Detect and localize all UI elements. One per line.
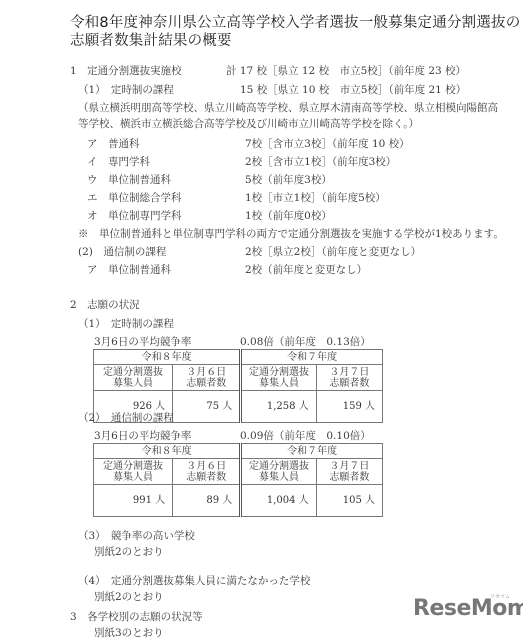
table-cell: 991 人 bbox=[94, 485, 173, 517]
course-item-label: オ 単位制専門学科 bbox=[87, 208, 182, 223]
section1-remark: ※ 単位制普通科と単位制専門学科の両方で定通分割選抜を実施する学校が1校あります… bbox=[78, 226, 504, 241]
course-item-value: 2校［含市立1校］（前年度3校） bbox=[245, 154, 396, 169]
column-header: 定通分割選抜募集人員 bbox=[94, 459, 173, 485]
section2-sub3-ref: 別紙2のとおり bbox=[94, 544, 164, 559]
year-header: 令和８年度 bbox=[94, 350, 241, 365]
section2-sub1-rate-label: 3月6日の平均競争率 bbox=[94, 334, 191, 349]
section3-ref: 別紙3のとおり bbox=[94, 625, 164, 640]
section2-heading: 2 志願の状況 bbox=[70, 297, 140, 312]
section1-sub1-note-line2: 等学校、横浜市立横浜総合高等学校及び川崎市立川崎高等学校を除く。） bbox=[78, 116, 419, 131]
section2-sub3-label: （3） 競争率の高い学校 bbox=[78, 528, 195, 543]
year-header: 令和７年度 bbox=[241, 444, 383, 459]
year-header: 令和７年度 bbox=[241, 350, 383, 365]
table-cell: 1,004 人 bbox=[241, 485, 316, 517]
section3-heading: 3 各学校別の志願の状況等 bbox=[70, 609, 203, 624]
column-header: 定通分割選抜募集人員 bbox=[241, 365, 316, 391]
course-item-label: ア 単位制普通科 bbox=[87, 262, 171, 277]
table-cell: 75 人 bbox=[173, 391, 241, 423]
table-cell: 159 人 bbox=[316, 391, 382, 423]
course-item-label: ウ 単位制普通科 bbox=[87, 172, 171, 187]
table-cell: 105 人 bbox=[316, 485, 382, 517]
column-header: ３月６日志願者数 bbox=[173, 365, 241, 391]
column-header: ３月６日志願者数 bbox=[173, 459, 241, 485]
section1-sub2-label: (2) 通信制の課程 bbox=[78, 244, 166, 259]
section1-sub1-note-line1: （県立横浜明朋高等学校、県立川崎高等学校、県立厚木清南高等学校、県立相模向陽館高 bbox=[78, 100, 498, 115]
resemom-logo-sub: リセマム bbox=[490, 593, 510, 600]
section1-sub2-value: 2校［県立2校］（前年度と変更なし） bbox=[245, 244, 421, 259]
column-header: ３月７日志願者数 bbox=[316, 365, 382, 391]
table-cell: 1,258 人 bbox=[241, 391, 316, 423]
course-item-value: 1校（前年度0校） bbox=[245, 208, 332, 223]
column-header: 定通分割選抜募集人員 bbox=[241, 459, 316, 485]
document-title-line2: 志願者数集計結果の概要 bbox=[70, 29, 232, 50]
section2-sub1-label: （1） 定時制の課程 bbox=[78, 316, 174, 331]
table-cell: 89 人 bbox=[173, 485, 241, 517]
section1-sub1-value: 15 校［県立 10 校 市立5校］（前年度 21 校） bbox=[240, 82, 466, 97]
section2-sub2-rate-value: 0.09倍（前年度 0.10倍） bbox=[240, 428, 371, 443]
section2-sub1-rate-value: 0.08倍（前年度 0.13倍） bbox=[240, 334, 371, 349]
year-header: 令和８年度 bbox=[94, 444, 241, 459]
section2-sub2-label: （2） 通信制の課程 bbox=[78, 410, 174, 425]
course-item-value: 1校［市立1校］（前年度5校） bbox=[245, 190, 386, 205]
course-item-value: 2校（前年度と変更なし） bbox=[245, 262, 367, 277]
course-item-label: イ 専門学科 bbox=[87, 154, 150, 169]
section2-sub4-label: （4） 定通分割選抜募集人員に満たなかった学校 bbox=[78, 573, 310, 588]
course-item-value: 7校［含市立3校］（前年度 10 校） bbox=[245, 136, 410, 151]
applicants-table-correspondence: 令和８年度 令和７年度 定通分割選抜募集人員 ３月６日志願者数 定通分割選抜募集… bbox=[93, 443, 383, 517]
course-item-value: 5校（前年度3校） bbox=[245, 172, 332, 187]
section2-sub2-rate-label: 3月6日の平均競争率 bbox=[94, 428, 191, 443]
course-item-label: ア 普通科 bbox=[87, 136, 140, 151]
course-item-label: エ 単位制総合学科 bbox=[87, 190, 182, 205]
column-header: ３月７日志願者数 bbox=[316, 459, 382, 485]
section2-sub4-ref: 別紙2のとおり bbox=[94, 589, 164, 604]
column-header: 定通分割選抜募集人員 bbox=[94, 365, 173, 391]
section1-sub1-label: （1） 定時制の課程 bbox=[78, 82, 174, 97]
section1-heading: 1 定通分割選抜実施校 bbox=[70, 63, 182, 78]
section1-heading-value: 計 17 校［県立 12 校 市立5校］（前年度 23 校） bbox=[226, 63, 466, 78]
